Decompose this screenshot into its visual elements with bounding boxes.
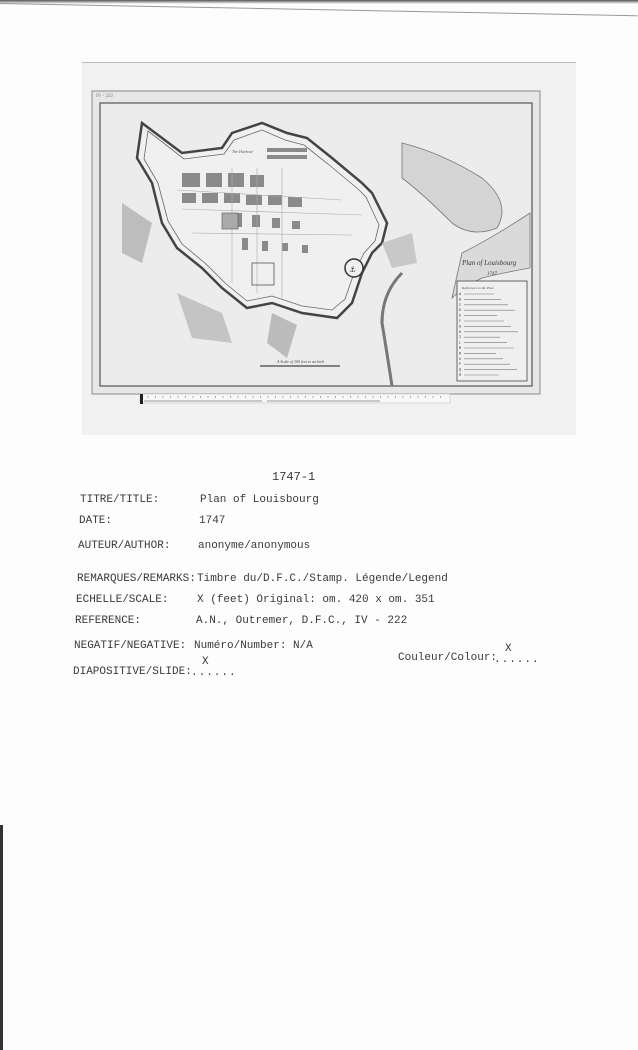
map-photograph: IV - 222: [82, 62, 576, 435]
field-value: Numéro/Number: N/A: [194, 640, 313, 652]
svg-text:P: P: [459, 363, 461, 367]
svg-text:L: L: [459, 342, 461, 346]
scan-top-edge: [0, 0, 638, 4]
field-label: DIAPOSITIVE/SLIDE:: [73, 666, 192, 678]
svg-text:C: C: [459, 304, 461, 308]
field-value: A.N., Outremer, D.F.C., IV - 222: [196, 615, 407, 627]
svg-text:D: D: [459, 309, 461, 313]
svg-text:References to the Plan: References to the Plan: [461, 286, 494, 290]
colour-blank: ......: [494, 654, 540, 666]
svg-text:B: B: [459, 298, 461, 302]
field-label: DATE:: [79, 515, 112, 527]
field-label: TITRE/TITLE:: [80, 494, 159, 506]
field-label: Couleur/Colour:: [398, 652, 497, 664]
field-label: REFERENCE:: [75, 615, 141, 627]
svg-text:H: H: [459, 331, 461, 335]
cartouche-title: Plan of Louisbourg: [461, 259, 517, 267]
field-value: Timbre du/D.F.C./Stamp. Légende/Legend: [197, 573, 448, 585]
field-label: AUTEUR/AUTHOR:: [78, 540, 170, 552]
field-value: Plan of Louisbourg: [200, 494, 319, 506]
svg-text:⚓: ⚓: [350, 265, 356, 275]
scan-fold-line: [0, 3, 638, 17]
field-label: ECHELLE/SCALE:: [76, 594, 168, 606]
map-scale-caption: A Scale of 100 feet to an Inch: [276, 359, 324, 364]
field-value: 1747: [199, 515, 225, 527]
measuring-ruler: [140, 394, 450, 404]
slide-blank: ......: [191, 667, 237, 679]
cartouche-year: 1747: [487, 272, 498, 277]
corner-mark: IV - 222: [96, 94, 113, 99]
svg-text:Q: Q: [459, 369, 461, 373]
scan-left-edge: [0, 825, 3, 1050]
field-value: anonyme/anonymous: [198, 540, 310, 552]
field-value: X (feet) Original: om. 420 x om. 351: [197, 594, 435, 606]
svg-text:G: G: [459, 325, 461, 329]
harbour-label: The Harbour: [232, 149, 253, 154]
svg-text:I: I: [459, 336, 461, 340]
louisbourg-map-image: IV - 222: [82, 63, 576, 435]
svg-text:F: F: [459, 320, 461, 324]
svg-text:E: E: [459, 315, 461, 319]
field-label: NEGATIF/NEGATIVE:: [74, 640, 186, 652]
record-reference-number: 1747-1: [272, 470, 315, 484]
field-label: REMARQUES/REMARKS:: [77, 573, 196, 585]
svg-text:O: O: [459, 358, 461, 362]
svg-text:N: N: [459, 352, 461, 356]
svg-text:M: M: [459, 347, 461, 351]
map-legend: References to the Plan ABCDEFGHILMNOPQR: [457, 281, 527, 381]
